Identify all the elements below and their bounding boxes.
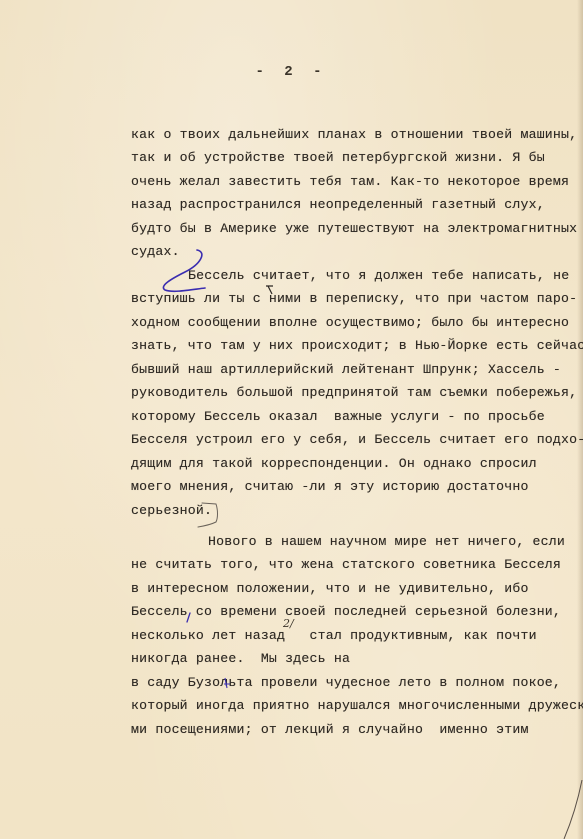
text-line: дящим для такой корреспонденции. Он одна… xyxy=(131,456,537,472)
text-line: в интересном положении, что и не удивите… xyxy=(131,581,529,597)
text-line: не считать того, что жена статского сове… xyxy=(131,557,561,573)
scanned-page: - 2 - как о твоих дальнейших планах в от… xyxy=(0,0,583,839)
text-line: очень желал завестить тебя там. Как-то н… xyxy=(131,174,569,190)
text-line: Бессель со времени своей последней серье… xyxy=(131,604,561,620)
text-line: судах. xyxy=(131,244,180,260)
text-line: несколько лет назад стал продуктивным, к… xyxy=(131,628,537,644)
text-line: вступишь ли ты с ними в переписку, что п… xyxy=(131,291,577,307)
text-line: как о твоих дальнейших планах в отношени… xyxy=(131,127,577,143)
text-line: Бесселя устроил его у себя, и Бессель сч… xyxy=(131,432,583,448)
paragraph-start-line: Бессель считает, что я должен тебе напис… xyxy=(188,268,569,284)
text-line: серьезной. xyxy=(131,503,212,519)
text-line: руководитель большой предпринятой там съ… xyxy=(131,385,577,401)
text-line: назад распространился неопределенный газ… xyxy=(131,197,545,213)
text-line: которому Бессель оказал важные услуги - … xyxy=(131,409,545,425)
text-line: бывший наш артиллерийский лейтенант Шпру… xyxy=(131,362,561,378)
text-line: никогда ранее. Мы здесь на xyxy=(131,651,350,667)
text-line: ходном сообщении вполне осуществимо; был… xyxy=(131,315,569,331)
text-line: в саду Бузольта провели чудесное лето в … xyxy=(131,675,561,691)
text-line: который иногда приятно нарушался многочи… xyxy=(131,698,583,714)
text-line: будто бы в Америке уже путешествуют на э… xyxy=(131,221,577,237)
page-number: - 2 - xyxy=(0,64,583,80)
text-line: ми посещениями; от лекций я случайно име… xyxy=(131,722,529,738)
text-line: моего мнения, считаю -ли я эту историю д… xyxy=(131,479,529,495)
text-line: знать, что там у них происходит; в Нью-Й… xyxy=(131,338,583,354)
paragraph-start-line: Нового в нашем научном мире нет ничего, … xyxy=(208,534,565,550)
text-line: так и об устройстве твоей петербургской … xyxy=(131,150,545,166)
